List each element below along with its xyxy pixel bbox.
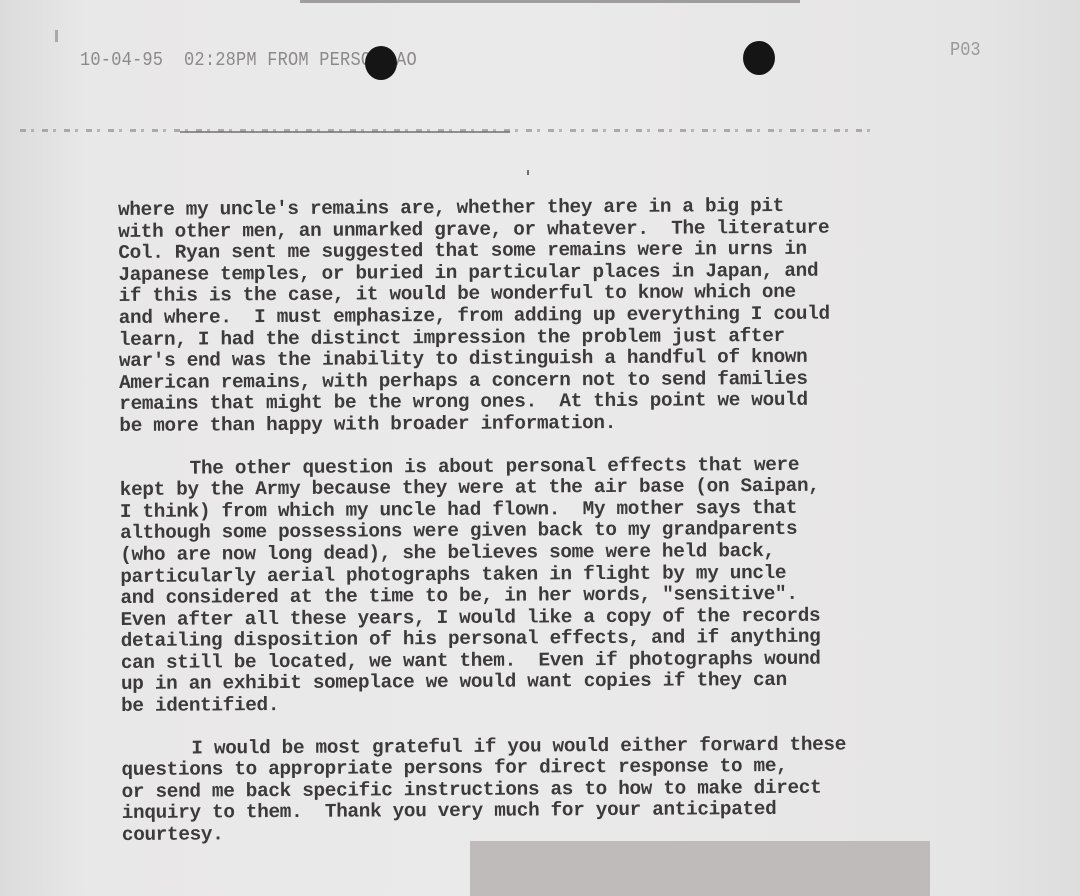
letter-line: be more than happy with broader informat… — [119, 411, 949, 438]
smudge-mark — [55, 30, 58, 42]
letter-line: be identified. — [121, 691, 951, 718]
punch-hole-right — [743, 41, 775, 75]
fax-separator-dark-segment — [180, 131, 510, 133]
page-top-edge — [300, 0, 800, 3]
redaction-block — [470, 841, 930, 896]
stray-mark — [527, 170, 529, 175]
paragraph-closing: I would be most grateful if you would ei… — [121, 734, 952, 847]
letter-body: where my uncle's remains are, whether th… — [118, 195, 952, 868]
page-number: P03 — [950, 40, 981, 62]
paragraph-remains: where my uncle's remains are, whether th… — [118, 195, 949, 438]
paragraph-personal-effects: The other question is about personal eff… — [120, 453, 952, 717]
fax-page: 10-04-95 02:28PM FROM PERSO PAO P03 wher… — [0, 0, 1080, 896]
punch-hole-left — [365, 46, 397, 80]
